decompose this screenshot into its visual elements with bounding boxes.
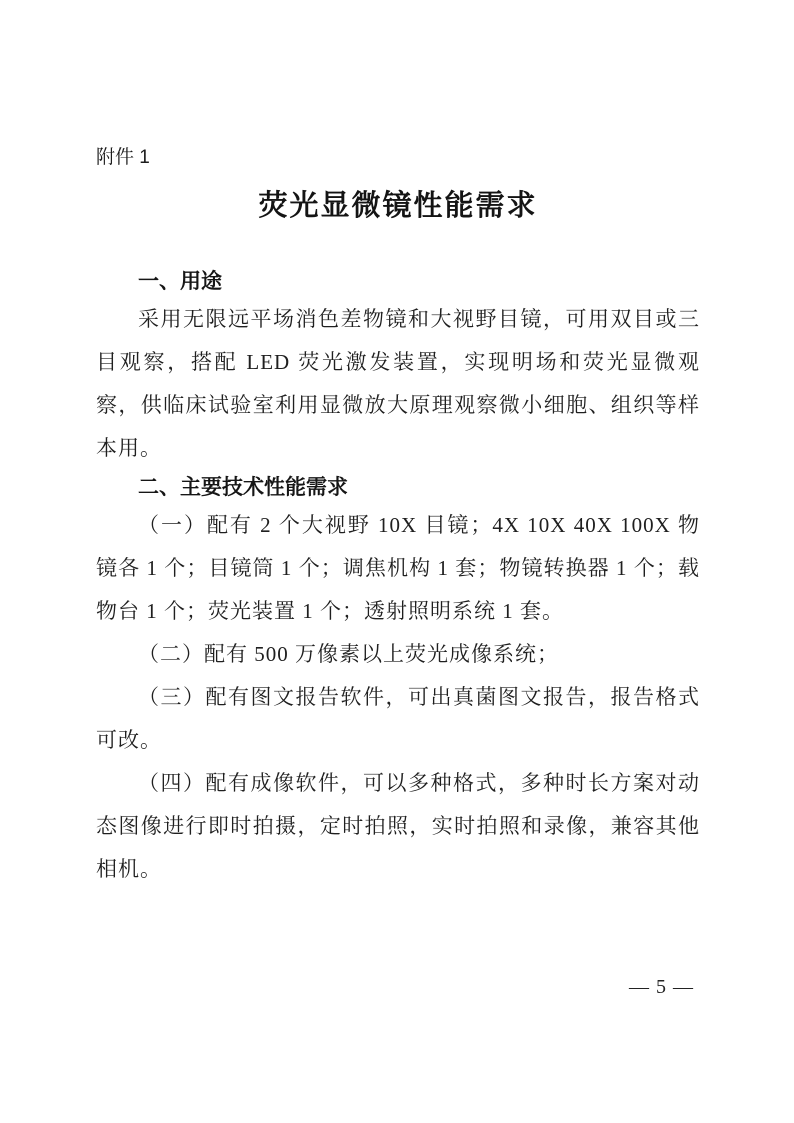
purpose-paragraph: 采用无限远平场消色差物镜和大视野目镜，可用双目或三目观察，搭配 LED 荧光激发…: [96, 298, 700, 470]
document-page: 附件 1 荧光显微镜性能需求 一、用途 采用无限远平场消色差物镜和大视野目镜，可…: [0, 0, 794, 1123]
requirement-item-4: （四）配有成像软件，可以多种格式，多种时长方案对动态图像进行即时拍摄，定时拍照，…: [96, 762, 700, 891]
requirement-item-2: （二）配有 500 万像素以上荧光成像系统；: [96, 633, 700, 676]
attachment-label: 附件 1: [96, 146, 700, 170]
page-title: 荧光显微镜性能需求: [96, 188, 700, 224]
section-heading-technical-requirements: 二、主要技术性能需求: [96, 472, 700, 504]
section-heading-purpose: 一、用途: [96, 266, 700, 298]
requirement-item-3: （三）配有图文报告软件，可出真菌图文报告，报告格式可改。: [96, 676, 700, 762]
requirement-item-1: （一）配有 2 个大视野 10X 目镜；4X 10X 40X 100X 物镜各 …: [96, 504, 700, 633]
page-number: — 5 —: [629, 976, 694, 999]
